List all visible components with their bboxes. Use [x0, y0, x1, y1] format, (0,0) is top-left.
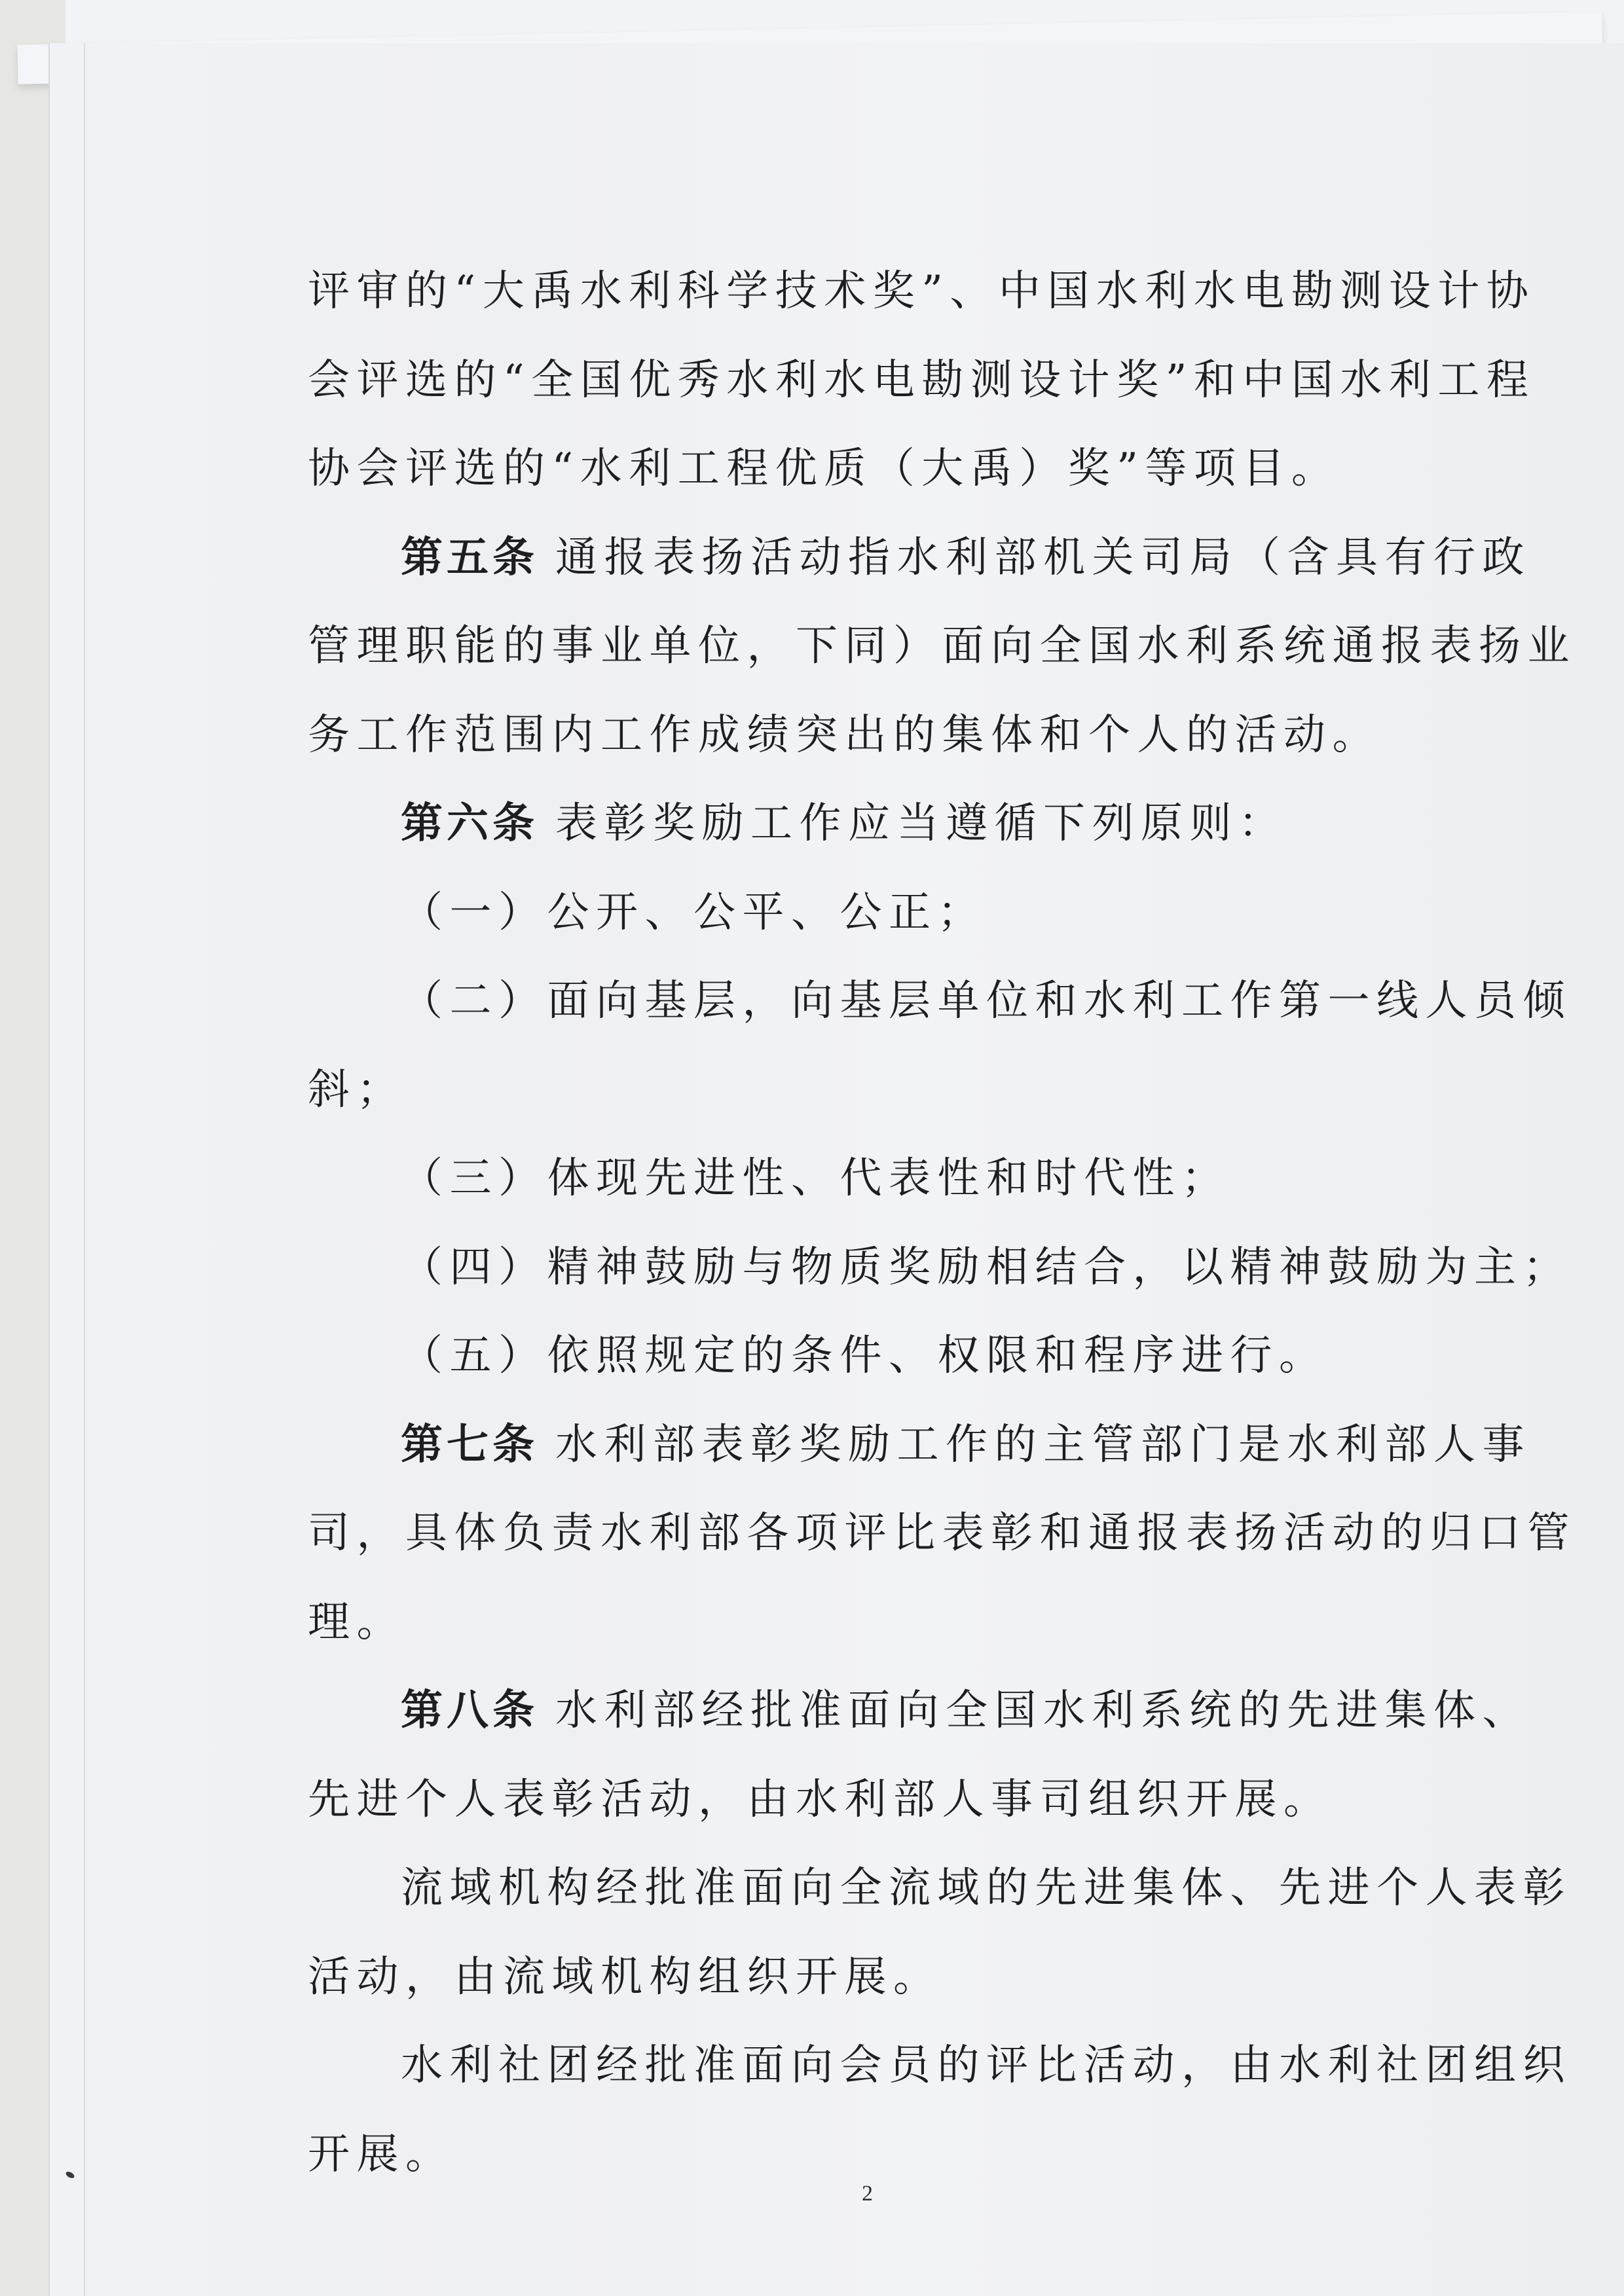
principle-3: （三）体现先进性、代表性和时代性；	[308, 1135, 1441, 1224]
text-line-16: 理。	[308, 1578, 1441, 1667]
article-heading: 第五条	[401, 534, 538, 582]
principle-5: （五）依照规定的条件、权限和程序进行。	[308, 1312, 1441, 1401]
article-8-line-1: 第八条水利部经批准面向全国水利系统的先进集体、	[308, 1667, 1441, 1756]
article-5-line-1: 第五条通报表扬活动指水利部机关司局（含具有行政	[308, 514, 1441, 603]
line-text: 理。	[308, 1598, 405, 1647]
text-line-2: 会评选的“全国优秀水利水电勘测设计奖”和中国水利工程	[308, 337, 1441, 426]
text-line-3: 协会评选的“水利工程优质（大禹）奖”等项目。	[308, 425, 1441, 514]
line-text: 司，具体负责水利部各项评比表彰和通报表扬活动的归口管	[308, 1509, 1576, 1558]
line-text: （五）依照规定的条件、权限和程序进行。	[401, 1332, 1328, 1380]
line-text: 表彰奖励工作应当遵循下列原则：	[555, 799, 1287, 848]
line-text: 斜；	[308, 1066, 405, 1114]
line-text: 通报表扬活动指水利部机关司局（含具有行政	[555, 534, 1531, 582]
line-text: 流域机构经批准面向全流域的先进集体、先进个人表彰	[401, 1864, 1572, 1912]
line-text: （二）面向基层，向基层单位和水利工作第一线人员倾	[401, 977, 1572, 1025]
article-7-line-1: 第七条水利部表彰奖励工作的主管部门是水利部人事	[308, 1401, 1441, 1490]
document-body: 评审的“大禹水利科学技术奖”、中国水利水电勘测设计协 会评选的“全国优秀水利水电…	[308, 247, 1441, 2199]
article-heading: 第七条	[401, 1421, 538, 1469]
line-text: 会评选的“全国优秀水利水电勘测设计奖”和中国水利工程	[308, 356, 1535, 405]
text-line-1: 评审的“大禹水利科学技术奖”、中国水利水电勘测设计协	[308, 247, 1441, 337]
principle-2-cont: 斜；	[308, 1046, 1441, 1135]
line-text: 开展。	[308, 2130, 454, 2179]
principle-2: （二）面向基层，向基层单位和水利工作第一线人员倾	[308, 957, 1441, 1046]
line-text: （四）精神鼓励与物质奖励相结合，以精神鼓励为主；	[401, 1243, 1572, 1292]
principle-1: （一）公开、公平、公正；	[308, 869, 1441, 958]
line-text: 水利社团经批准面向会员的评比活动，由水利社团组织	[401, 2041, 1572, 2090]
text-line-15: 司，具体负责水利部各项评比表彰和通报表扬活动的归口管	[308, 1489, 1441, 1578]
text-line-21: 水利社团经批准面向会员的评比活动，由水利社团组织	[308, 2022, 1441, 2111]
line-text: 评审的“大禹水利科学技术奖”、中国水利水电勘测设计协	[308, 267, 1535, 316]
text-line-20: 活动，由流域机构组织开展。	[308, 1933, 1441, 2022]
text-line-6: 务工作范围内工作成绩突出的集体和个人的活动。	[308, 691, 1441, 780]
text-line-5: 管理职能的事业单位，下同）面向全国水利系统通报表扬业	[308, 602, 1441, 691]
line-text: （一）公开、公平、公正；	[401, 888, 986, 937]
line-text: 活动，由流域机构组织开展。	[308, 1953, 942, 2001]
line-text: 先进个人表彰活动，由水利部人事司组织开展。	[308, 1776, 1333, 1824]
line-text: （三）体现先进性、代表性和时代性；	[401, 1154, 1230, 1203]
line-text: 务工作范围内工作成绩突出的集体和个人的活动。	[308, 711, 1381, 759]
article-6-line-1: 第六条表彰奖励工作应当遵循下列原则：	[308, 780, 1441, 869]
page-fold-edge	[84, 43, 85, 2296]
text-line-19: 流域机构经批准面向全流域的先进集体、先进个人表彰	[308, 1844, 1441, 1933]
line-text: 管理职能的事业单位，下同）面向全国水利系统通报表扬业	[308, 622, 1576, 670]
text-line-18: 先进个人表彰活动，由水利部人事司组织开展。	[308, 1756, 1441, 1845]
text-line-22: 开展。	[308, 2111, 1441, 2200]
article-heading: 第八条	[401, 1686, 538, 1735]
line-text: 水利部经批准面向全国水利系统的先进集体、	[555, 1686, 1531, 1735]
line-text: 协会评选的“水利工程优质（大禹）奖”等项目。	[308, 445, 1340, 493]
article-heading: 第六条	[401, 799, 538, 848]
principle-4: （四）精神鼓励与物质奖励相结合，以精神鼓励为主；	[308, 1224, 1441, 1313]
line-text: 水利部表彰奖励工作的主管部门是水利部人事	[555, 1421, 1531, 1469]
page-number: 2	[862, 2181, 873, 2206]
